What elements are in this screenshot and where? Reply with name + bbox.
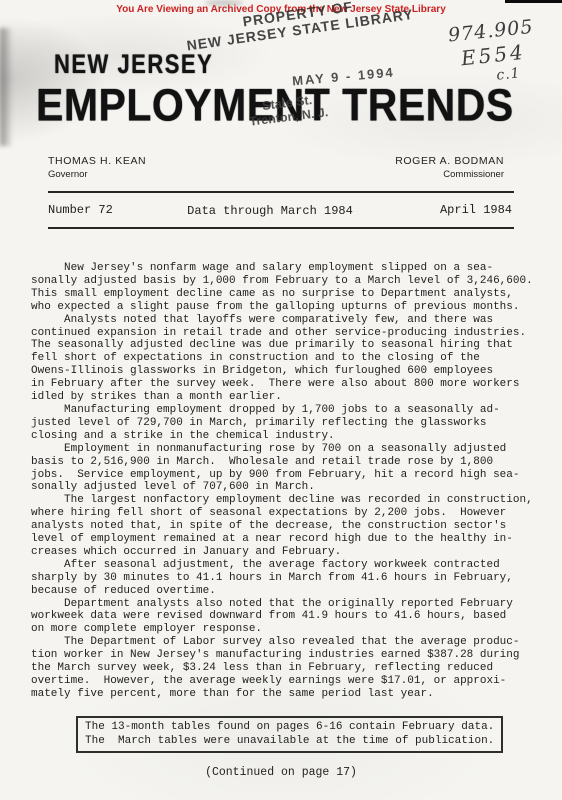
masthead-kicker: NEW JERSEY: [54, 49, 213, 80]
call-number-handwriting: 974.905 E554 c.1: [435, 14, 551, 89]
commissioner-title: Commissioner: [395, 169, 504, 180]
scan-artifact-top-right: [505, 0, 562, 3]
commissioner-block: ROGER A. BODMAN Commissioner: [395, 155, 504, 180]
divider-rule-top: [48, 191, 514, 193]
issue-date: April 1984: [440, 203, 512, 217]
governor-block: THOMAS H. KEAN Governor: [48, 155, 146, 180]
notice-box: The 13-month tables found on pages 6-16 …: [76, 716, 503, 753]
governor-name: THOMAS H. KEAN: [48, 155, 146, 167]
governor-title: Governor: [48, 169, 146, 180]
article-body: New Jersey's nonfarm wage and salary emp…: [31, 262, 533, 701]
commissioner-name: ROGER A. BODMAN: [395, 155, 504, 167]
divider-rule-bottom: [48, 227, 514, 229]
scan-artifact-top-smudge: [205, 0, 243, 6]
notice-line2: The March tables were unavailable at the…: [85, 735, 494, 747]
scanned-page: You Are Viewing an Archived Copy from th…: [0, 0, 562, 800]
scan-artifact-left-edge: [0, 28, 13, 146]
continued-note: (Continued on page 17): [0, 766, 562, 779]
notice-line1: The 13-month tables found on pages 6-16 …: [85, 721, 494, 733]
